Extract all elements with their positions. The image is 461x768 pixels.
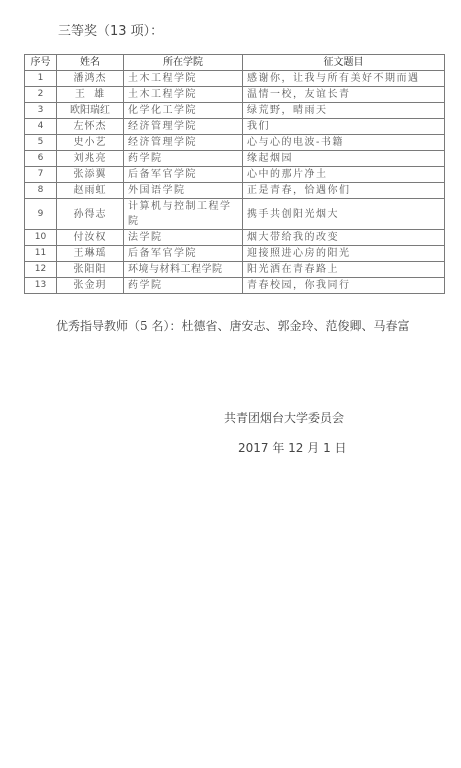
cell-title: 阳光洒在青春路上 (243, 262, 445, 278)
cell-title: 正是青春，恰遇你们 (243, 183, 445, 199)
cell-no: 6 (25, 151, 57, 167)
cell-college: 化学化工学院 (124, 103, 243, 119)
header-name: 姓名 (57, 55, 124, 71)
cell-no: 8 (25, 183, 57, 199)
cell-college: 后备军官学院 (124, 246, 243, 262)
cell-name: 付汝权 (57, 230, 124, 246)
header-no: 序号 (25, 55, 57, 71)
cell-no: 3 (25, 103, 57, 119)
cell-title: 烟大带给我的改变 (243, 230, 445, 246)
cell-college: 计算机与控制工程学院 (124, 199, 243, 230)
cell-no: 5 (25, 135, 57, 151)
cell-title: 绿荒野，晴雨天 (243, 103, 445, 119)
cell-no: 2 (25, 87, 57, 103)
cell-name: 欧阳瑞红 (57, 103, 124, 119)
issuing-organization: 共青团烟台大学委员会 (224, 409, 344, 426)
cell-college: 土木工程学院 (124, 71, 243, 87)
cell-no: 10 (25, 230, 57, 246)
table-row: 13 张金玥 药学院 青春校园，你我同行 (25, 278, 445, 294)
cell-name: 赵雨虹 (57, 183, 124, 199)
table-row: 2 王 雄 土木工程学院 温情一校，友谊长青 (25, 87, 445, 103)
cell-no: 11 (25, 246, 57, 262)
table-row: 6 刘兆亮 药学院 缘起烟园 (25, 151, 445, 167)
cell-title: 携手共创阳光烟大 (243, 199, 445, 230)
cell-no: 13 (25, 278, 57, 294)
cell-name: 张阳阳 (57, 262, 124, 278)
table-row: 7 张添翼 后备军官学院 心中的那片净土 (25, 167, 445, 183)
header-title: 征文题目 (243, 55, 445, 71)
cell-no: 4 (25, 119, 57, 135)
header-college: 所在学院 (124, 55, 243, 71)
cell-college: 环境与材料工程学院 (124, 262, 243, 278)
cell-college: 外国语学院 (124, 183, 243, 199)
table-row: 5 史小艺 经济管理学院 心与心的电波-书籍 (25, 135, 445, 151)
cell-college: 药学院 (124, 151, 243, 167)
outstanding-teachers-line: 优秀指导教师（5 名）：杜德省、唐安志、郭金玲、范俊卿、马春富 (56, 317, 409, 334)
cell-name: 王琳瑶 (57, 246, 124, 262)
table-row: 4 左怀杰 经济管理学院 我们 (25, 119, 445, 135)
cell-name: 刘兆亮 (57, 151, 124, 167)
cell-title: 温情一校，友谊长青 (243, 87, 445, 103)
cell-college: 法学院 (124, 230, 243, 246)
cell-college: 经济管理学院 (124, 119, 243, 135)
cell-title: 青春校园，你我同行 (243, 278, 445, 294)
table-row: 3 欧阳瑞红 化学化工学院 绿荒野，晴雨天 (25, 103, 445, 119)
table-row: 1 潘鸿杰 土木工程学院 感谢你，让我与所有美好不期而遇 (25, 71, 445, 87)
issue-date: 2017 年 12 月 1 日 (238, 439, 347, 456)
third-prize-table: 序号 姓名 所在学院 征文题目 1 潘鸿杰 土木工程学院 感谢你，让我与所有美好… (24, 54, 445, 294)
section-heading: 三等奖（13 项）： (58, 20, 163, 39)
cell-name: 王 雄 (57, 87, 124, 103)
cell-title: 缘起烟园 (243, 151, 445, 167)
cell-name: 孙得志 (57, 199, 124, 230)
table-row: 10 付汝权 法学院 烟大带给我的改变 (25, 230, 445, 246)
cell-no: 1 (25, 71, 57, 87)
cell-title: 心中的那片净土 (243, 167, 445, 183)
cell-no: 9 (25, 199, 57, 230)
cell-college: 土木工程学院 (124, 87, 243, 103)
cell-no: 12 (25, 262, 57, 278)
cell-title: 我们 (243, 119, 445, 135)
cell-name: 潘鸿杰 (57, 71, 124, 87)
cell-college: 后备军官学院 (124, 167, 243, 183)
table-header-row: 序号 姓名 所在学院 征文题目 (25, 55, 445, 71)
cell-title: 感谢你，让我与所有美好不期而遇 (243, 71, 445, 87)
table-row: 8 赵雨虹 外国语学院 正是青春，恰遇你们 (25, 183, 445, 199)
table-row: 12 张阳阳 环境与材料工程学院 阳光洒在青春路上 (25, 262, 445, 278)
table-row: 11 王琳瑶 后备军官学院 迎接照进心房的阳光 (25, 246, 445, 262)
cell-name: 史小艺 (57, 135, 124, 151)
cell-name: 张添翼 (57, 167, 124, 183)
cell-name: 左怀杰 (57, 119, 124, 135)
cell-college: 经济管理学院 (124, 135, 243, 151)
cell-no: 7 (25, 167, 57, 183)
cell-college: 药学院 (124, 278, 243, 294)
cell-name: 张金玥 (57, 278, 124, 294)
cell-title: 心与心的电波-书籍 (243, 135, 445, 151)
table-row: 9 孙得志 计算机与控制工程学院 携手共创阳光烟大 (25, 199, 445, 230)
cell-title: 迎接照进心房的阳光 (243, 246, 445, 262)
